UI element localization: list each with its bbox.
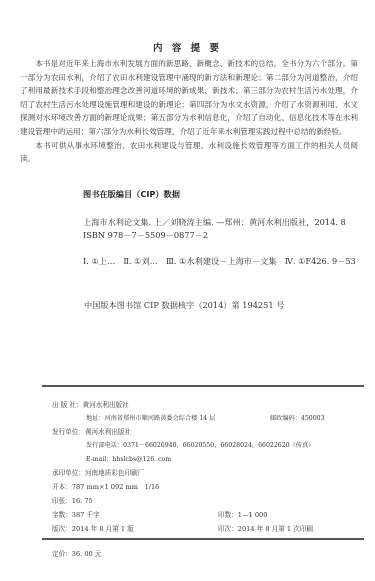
imprint-publisher: 出 版 社：黄河水利出版社 <box>52 399 129 409</box>
cip-title: 图书在版编目（CIP）数据 <box>83 189 180 200</box>
imprint-email: E-mail：hhslcbs@126. com <box>86 454 171 463</box>
cip-record: 上海市水利论文集. 上／刘晓涛主编. —郑州：黄河水利出版社，2014. 8 I… <box>64 216 356 268</box>
imprint-edition: 版次：2014 年 8 月第 1 版 <box>52 523 134 533</box>
imprint-address: 地址：河南省郑州市顺河路黄委会综合楼 14 层 <box>86 413 215 422</box>
imprint-distributor: 发行单位：黄河水利出版社 <box>52 426 131 436</box>
summary-paragraph: 本书可供从事水环境整治、农田水利建设与管理、水利设施长效管理等方面工作的相关人员… <box>20 139 358 166</box>
imprint-printing: 印次：2014 年 8 月第 1 次印刷 <box>218 523 313 533</box>
imprint-word-count: 字数：387 千字 <box>52 509 100 519</box>
spacer <box>64 241 356 255</box>
divider-top <box>42 385 364 387</box>
divider-bottom <box>42 538 364 540</box>
imprint-phone: 发行部电话：0371－66026940，66020550，66028024，66… <box>86 440 314 449</box>
summary-body: 本书是对近年来上海市水利发展方面的新思路、新概念、新技术的总结。全书分为六个部分… <box>20 57 358 166</box>
imprint-format: 开本：787 mm×1 092 mm 1/16 <box>52 481 159 491</box>
summary-paragraph: 本书是对近年来上海市水利发展方面的新思路、新概念、新技术的总结。全书分为六个部分… <box>20 57 358 139</box>
imprint-postcode: 邮政编码：450003 <box>270 413 325 422</box>
cip-verification: 中国版本图书馆 CIP 数据核字（2014）第 194251 号 <box>84 300 284 311</box>
cip-title-line: 上海市水利论文集. 上／刘晓涛主编. —郑州：黄河水利出版社，2014. 8 <box>64 216 356 229</box>
summary-heading: 内 容 提 要 <box>0 40 375 54</box>
cip-classification: Ⅰ. ①上… Ⅱ. ①刘… Ⅲ. ①水利建设－上海市－文集 Ⅳ. ①F426. … <box>64 255 356 268</box>
cip-isbn: ISBN 978－7－5509－0877－2 <box>64 229 356 242</box>
imprint-print-run: 印数：1—1 000 <box>218 509 267 519</box>
imprint-printer: 承印单位：河南地质彩色印刷厂 <box>52 467 144 477</box>
imprint-sheets: 印张：16. 75 <box>52 495 93 505</box>
imprint-price: 定价：36. 00 元 <box>52 548 101 558</box>
